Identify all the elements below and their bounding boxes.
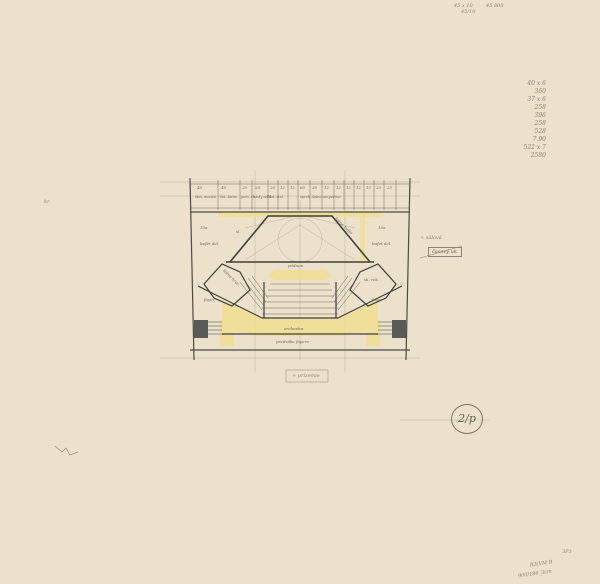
calc-line: 396	[506, 112, 546, 120]
room-label: foyer	[204, 298, 214, 302]
schedule-cell: 12	[356, 186, 361, 190]
right-note: + sálová	[420, 236, 442, 241]
schedule-cell: 30	[312, 186, 317, 190]
schedule-cell: 20	[242, 186, 247, 190]
header-note-left-sub: 45/10	[461, 10, 475, 15]
calc-line: 2580	[506, 152, 546, 160]
calc-line: 522 x 7	[506, 144, 546, 152]
schedule-cell: 12	[336, 186, 341, 190]
schedule-cell: 20	[255, 186, 260, 190]
room-label: bufet del.	[200, 242, 219, 246]
schedule-cell: 12	[280, 186, 285, 190]
calc-line: 40 x 6	[506, 80, 546, 88]
calculation-notes: 40 x 6 360 37 x 6 258 396 258 528 7.90 5…	[506, 80, 546, 160]
schedule-cell: 12	[346, 186, 351, 190]
calc-line: 528	[506, 128, 546, 136]
right-box-label: časový uk.	[428, 247, 462, 257]
room-label: orchestra	[284, 327, 303, 331]
schedule-cell: 12	[324, 186, 329, 190]
header-note-right: 45 800	[486, 4, 504, 9]
calc-line: 258	[506, 104, 546, 112]
room-label: bufet del.	[372, 242, 391, 246]
drawing-sheet: 45 x 10 45/10 45 800 40 x 6 360 37 x 6 2…	[0, 0, 600, 584]
schedule-cell: 25	[387, 186, 392, 190]
calc-line: 37 x 6	[506, 96, 546, 104]
room-label: sl.	[236, 230, 241, 234]
schedule-cell: 20	[270, 186, 275, 190]
schedule-cell: 15	[366, 186, 371, 190]
schedule-cell: 40	[221, 186, 226, 190]
schedule-cell: šatne	[312, 196, 322, 200]
left-margin-note: kr.	[44, 200, 50, 205]
schedule-cell: 60	[300, 186, 305, 190]
schedule-cell: 12	[290, 186, 295, 190]
schedule-cell: šat. stol.	[269, 196, 284, 200]
room-label: 10a	[378, 226, 385, 230]
plan-title: + prízemie	[292, 374, 320, 379]
schedule-cell: 40	[197, 186, 202, 190]
schedule-cell: sprch.	[300, 196, 311, 200]
schedule-cell: 20	[376, 186, 381, 190]
room-label: 10a	[200, 226, 207, 230]
room-label: predsálie foyera	[276, 340, 309, 344]
room-label: sk. rek.	[364, 278, 379, 282]
schedule-cell: umyvárne	[323, 196, 341, 200]
sheet-number-circle: 2/p	[451, 404, 483, 434]
calc-line: 7.90	[506, 136, 546, 144]
calc-line: 258	[506, 120, 546, 128]
schedule-cell: štev. miesta	[195, 196, 216, 200]
schedule-cell: šat. šatne	[220, 196, 237, 200]
stamp-line-1: 3P3	[562, 550, 572, 555]
room-label: foyer	[372, 298, 382, 302]
room-label: pódium	[288, 264, 303, 268]
calc-line: 360	[506, 88, 546, 96]
